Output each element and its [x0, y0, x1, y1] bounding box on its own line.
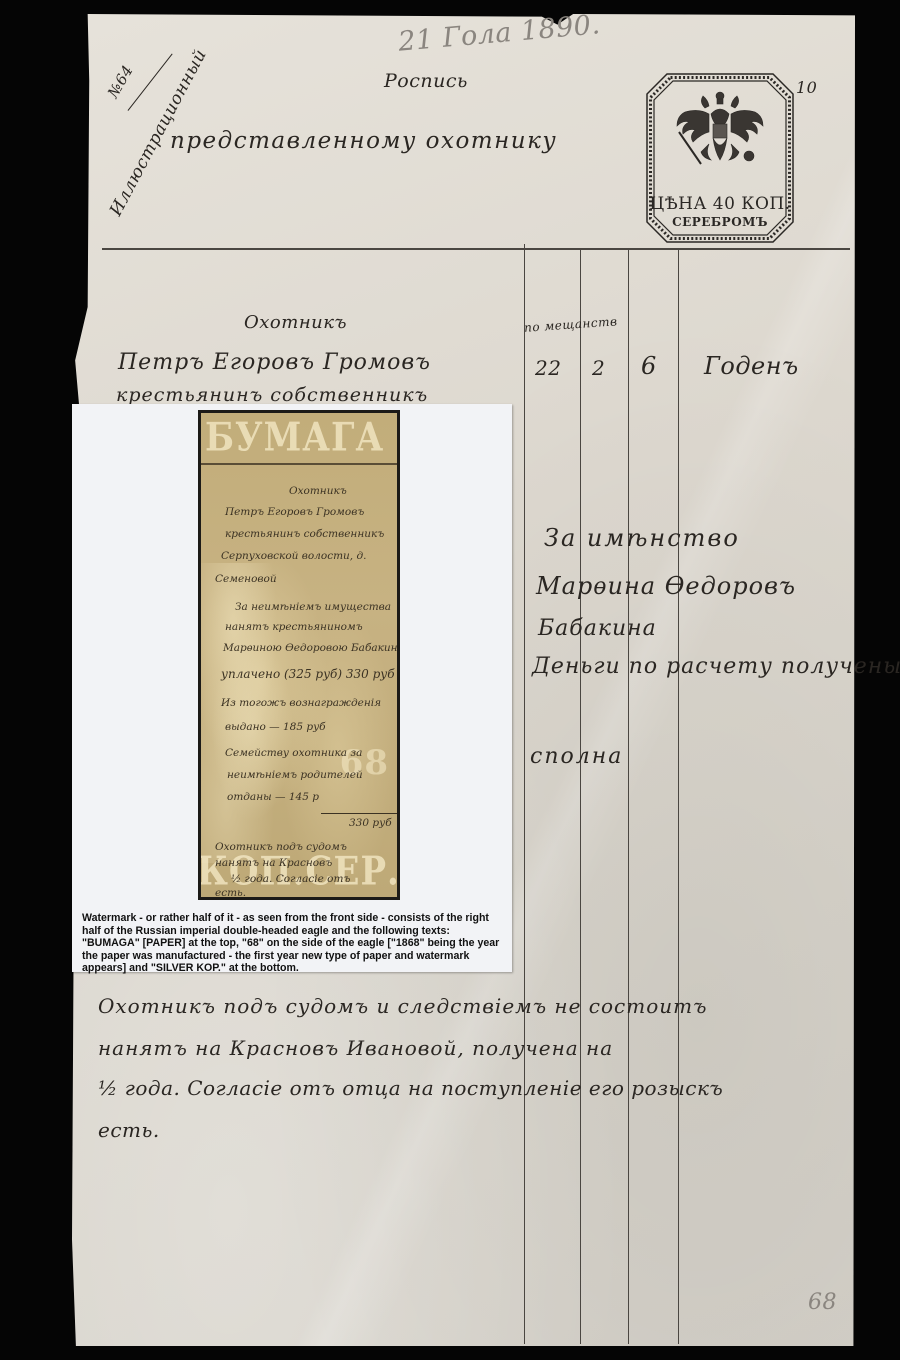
photo-line: Семейству охотника за: [225, 747, 362, 759]
footer-line-3: ½ года. Согласiе отъ отца на поступленiе…: [98, 1076, 723, 1100]
photo-line: выдано — 185 руб: [225, 721, 326, 733]
revenue-stamp: ЦѢНА 40 КОП. СЕРЕБРОМЪ: [645, 72, 795, 244]
photo-line: нанятъ крестьяниномъ: [225, 621, 363, 633]
photo-line: 330 руб: [349, 817, 392, 829]
photo-sum-rule: [321, 813, 400, 814]
footer-line-2: нанятъ на Красновъ Ивановой, получена на: [98, 1036, 613, 1060]
section-heading: Охотникъ: [244, 312, 347, 333]
photo-line: ½ года. Согласiе отъ: [231, 873, 350, 885]
column-line-2: [580, 248, 581, 1344]
remark-line-2: Марѳина Ѳедоровъ: [536, 572, 796, 600]
caption-line: "BUMAGA" [PAPER] at the top, "68" on the…: [82, 937, 507, 950]
entry-col-c: 6: [641, 352, 657, 380]
photo-line: Из тогожъ вознагражденiя: [221, 697, 381, 709]
photo-line: уплачено (325 руб) 330 руб: [221, 667, 395, 681]
header-rule: [102, 248, 850, 250]
column-line-3: [628, 248, 629, 1344]
footer-pencil-number: 68: [808, 1290, 837, 1315]
photo-line: отданы — 145 р: [227, 791, 319, 803]
title-line-1: Роспись: [384, 70, 468, 92]
photo-line: есть.: [215, 887, 246, 899]
caption-line: appears] and "SILVER KOP." at the bottom…: [82, 962, 507, 975]
photo-line: За неимѣнiемъ имущества: [235, 601, 391, 613]
photo-line: Петръ Егоровъ Громовъ: [225, 506, 364, 518]
double-headed-eagle-icon: [677, 92, 763, 164]
stamp-currency: СЕРЕБРОМЪ: [645, 215, 795, 229]
entry-name: Петръ Егоровъ Громовъ: [118, 350, 431, 375]
entry-col-b: 2: [592, 356, 605, 380]
photo-line: Марѳиною Ѳедоровою Бабакиной: [223, 642, 400, 654]
photo-line: Охотникъ подъ судомъ: [215, 841, 347, 853]
caption-line: Watermark - or rather half of it - as se…: [82, 912, 507, 925]
footer-line-4: есть.: [98, 1118, 160, 1142]
footer-line-1: Охотникъ подъ судомъ и следствiемъ не со…: [98, 994, 707, 1018]
photo-line: Охотникъ: [289, 485, 347, 497]
entry-col-d: Годенъ: [704, 352, 799, 380]
entry-col-a: 22: [535, 356, 561, 380]
caption-line: the paper was manufactured - the first y…: [82, 950, 507, 963]
watermark-inset-card: БУМАГА 68 КОП.СЕР. Охотникъ Петръ Егоров…: [72, 404, 512, 972]
remark-line-1: За имѣнство: [544, 524, 740, 552]
photo-line: неимѣнiемъ родителей: [227, 769, 363, 781]
remark-line-5: сполна: [530, 744, 623, 769]
photo-line: Семеновой: [215, 573, 277, 585]
remark-line-3: Бабакина: [538, 616, 657, 641]
photo-line: нанятъ на Красновъ: [215, 857, 332, 869]
remark-line-4: Деньги по расчету получены: [532, 654, 900, 679]
watermark-photo: БУМАГА 68 КОП.СЕР. Охотникъ Петръ Егоров…: [198, 410, 400, 900]
photo-line: Серпуховской волости, д.: [221, 550, 366, 562]
column-line-4: [678, 248, 679, 1344]
watermark-caption: Watermark - or rather half of it - as se…: [82, 912, 507, 975]
title-line-2: представленному охотнику: [170, 128, 557, 154]
stamp-price: ЦѢНА 40 КОП.: [645, 194, 795, 214]
page-number: 10: [796, 78, 817, 97]
entry-status: крестьянинъ собственникъ: [116, 384, 428, 406]
watermark-top-text: БУМАГА: [205, 415, 384, 461]
photo-header-rule: [201, 463, 397, 465]
column-line-1: [524, 244, 525, 1344]
photo-line: крестьянинъ собственникъ: [225, 528, 384, 540]
caption-line: half of the Russian imperial double-head…: [82, 925, 507, 938]
